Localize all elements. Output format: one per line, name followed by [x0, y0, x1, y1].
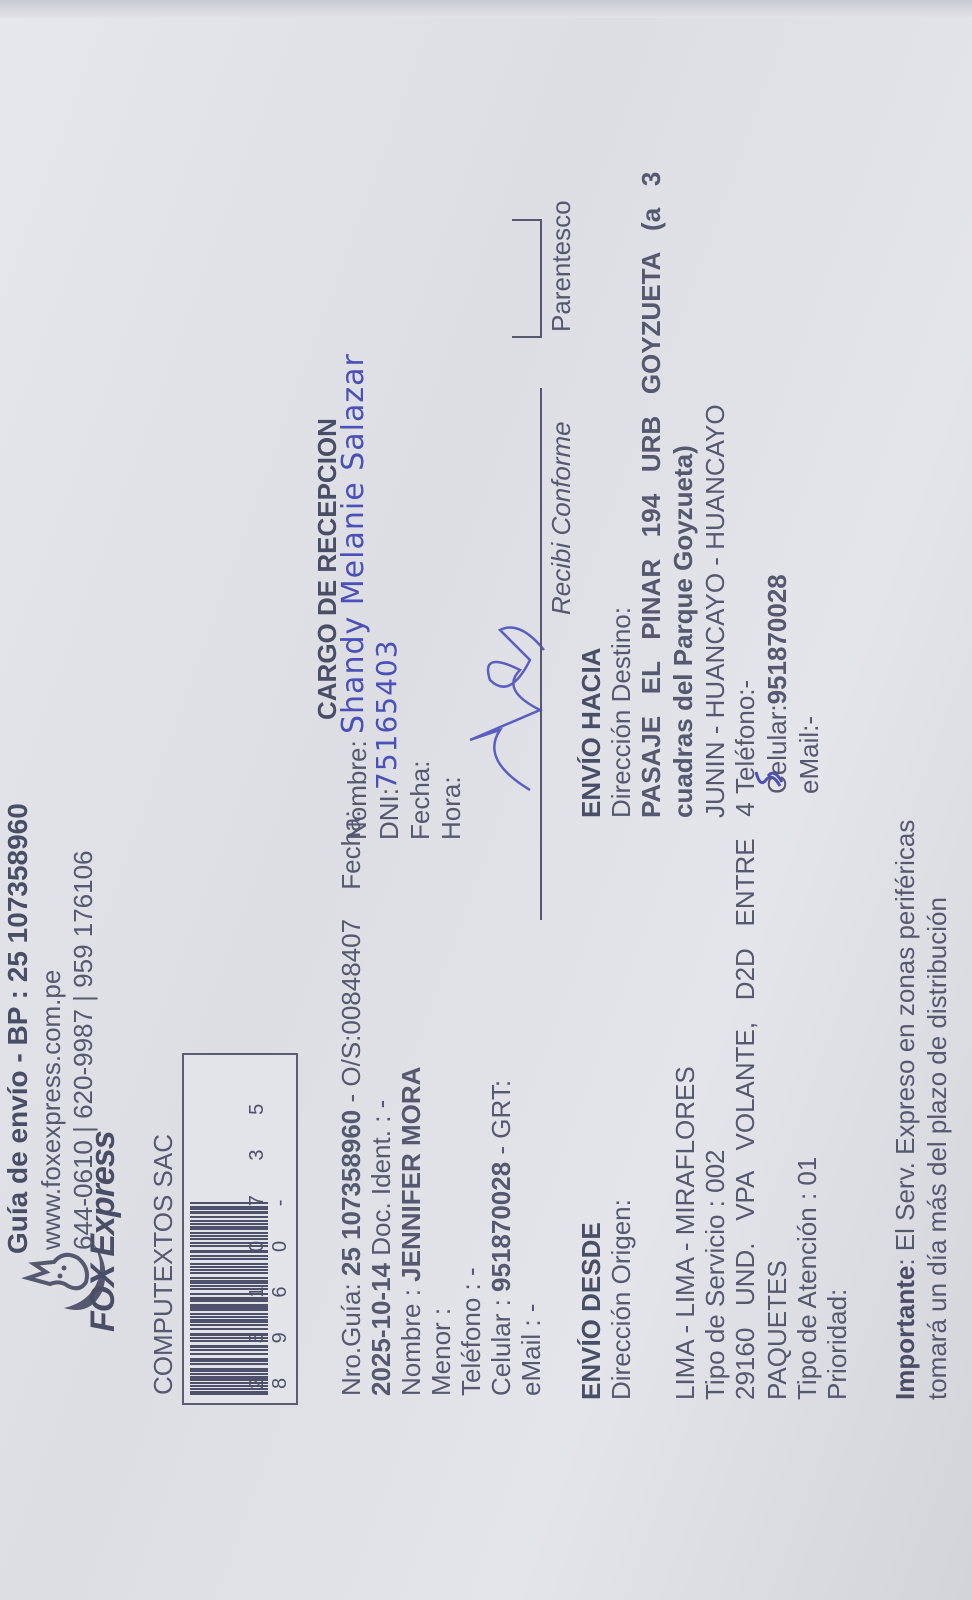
guide-info: Nro.Guía: 25 107358960 - O/S:00848407 Fe… [336, 810, 546, 1396]
signature-caption: Recibi Conforme [546, 421, 577, 615]
doc-ident: Doc. Ident. : - [366, 1100, 396, 1256]
cargo-fecha-label: Fecha: [405, 761, 436, 841]
importante-label: Importante [890, 1266, 920, 1400]
guide-number-value: 25 107358960 [336, 1110, 366, 1276]
recipient-name: JENNIFER MORA [396, 1067, 426, 1282]
order-service-number: - O/S:00848407 [336, 919, 366, 1103]
page-title: Guía de envío - BP : 25 107358960 [2, 803, 34, 1254]
signature-scribble-icon [460, 600, 550, 800]
barcode: 2 5 1 0 7 3 5 8 9 6 0 - [182, 1053, 298, 1405]
importante-note: Importante: El Serv. Expreso en zonas pe… [890, 820, 921, 1400]
handwritten-dni: 75165403 [370, 639, 403, 790]
parentesco-caption: Parentesco [546, 200, 577, 332]
guide-number-label: Nro.Guía: [336, 1283, 366, 1396]
barcode-digits: 2 5 1 0 7 3 5 8 9 6 0 - [246, 1063, 292, 1389]
destino-celular: Celular:951870028 [762, 574, 793, 794]
shipping-guide-sheet: FOX Express Guía de envío - BP : 25 1073… [0, 0, 972, 1600]
importante-note-cont: tomará un día más del plazo de distribuc… [922, 897, 953, 1400]
origen-ubicacion: LIMA - LIMA - MIRAFLORES [670, 1066, 701, 1400]
website-link[interactable]: www.foxexpress.com.pe [36, 970, 67, 1250]
parentesco-spacer [470, 358, 538, 360]
importante-text: : El Serv. Expreso en zonas periféricas [890, 820, 920, 1266]
envio-desde-title: ENVÍO DESDE [576, 1222, 607, 1400]
destino-celular-value: 951870028 [762, 574, 792, 704]
cargo-nombre-label: Nombre: [342, 740, 373, 840]
destino-telefono: Teléfono:- [730, 680, 761, 794]
destino-direccion: PASAJE EL PINAR 194 URB GOYZUETA (a 3 [636, 172, 667, 818]
cargo-dni-label: DNI: [374, 788, 405, 840]
handwritten-name: Shandy Melanie Salazar [336, 353, 371, 734]
direccion-destino-label: Dirección Destino: [606, 607, 637, 818]
guide-date: 2025-10-14 [366, 1263, 396, 1396]
celular-label: Celular : [486, 1292, 516, 1396]
servicio-detalle: 29160 UND. VPA VOLANTE, D2D ENTRE 4 [730, 802, 761, 1400]
destino-celular-label: Celular: [762, 704, 792, 794]
destino-direccion-cont: cuadras del Parque Goyzueta) [668, 445, 699, 818]
nombre-label: Nombre : [396, 1282, 426, 1396]
destino-email: eMail:- [794, 716, 825, 794]
parentesco-box [512, 219, 542, 338]
prioridad: Prioridad: [822, 1289, 853, 1400]
barcode-bar [190, 1391, 268, 1393]
tipo-servicio: Tipo de Servicio : 002 [700, 1149, 731, 1400]
telefono-field: Teléfono : - [456, 810, 486, 1396]
celular-value: 951870028 [486, 1162, 516, 1292]
servicio-detalle-cont: PAQUETES [762, 1260, 793, 1400]
destino-ubicacion: JUNIN - HUANCAYO - HUANCAYO [700, 404, 731, 818]
barcode-bar [190, 1393, 268, 1395]
signature-line [540, 388, 542, 920]
tipo-atencion: Tipo de Atención : 01 [792, 1157, 823, 1400]
menor-field: Menor : [426, 810, 456, 1396]
sender-company: COMPUTEXTOS SAC [148, 1134, 179, 1395]
grt-field: - GRT: [486, 1080, 516, 1162]
contact-phones: 644-0610 | 620-9987 | 959 176106 [68, 850, 99, 1250]
envio-hacia-title: ENVÍO HACIA [576, 648, 607, 818]
direccion-origen-label: Dirección Origen: [606, 1199, 637, 1400]
